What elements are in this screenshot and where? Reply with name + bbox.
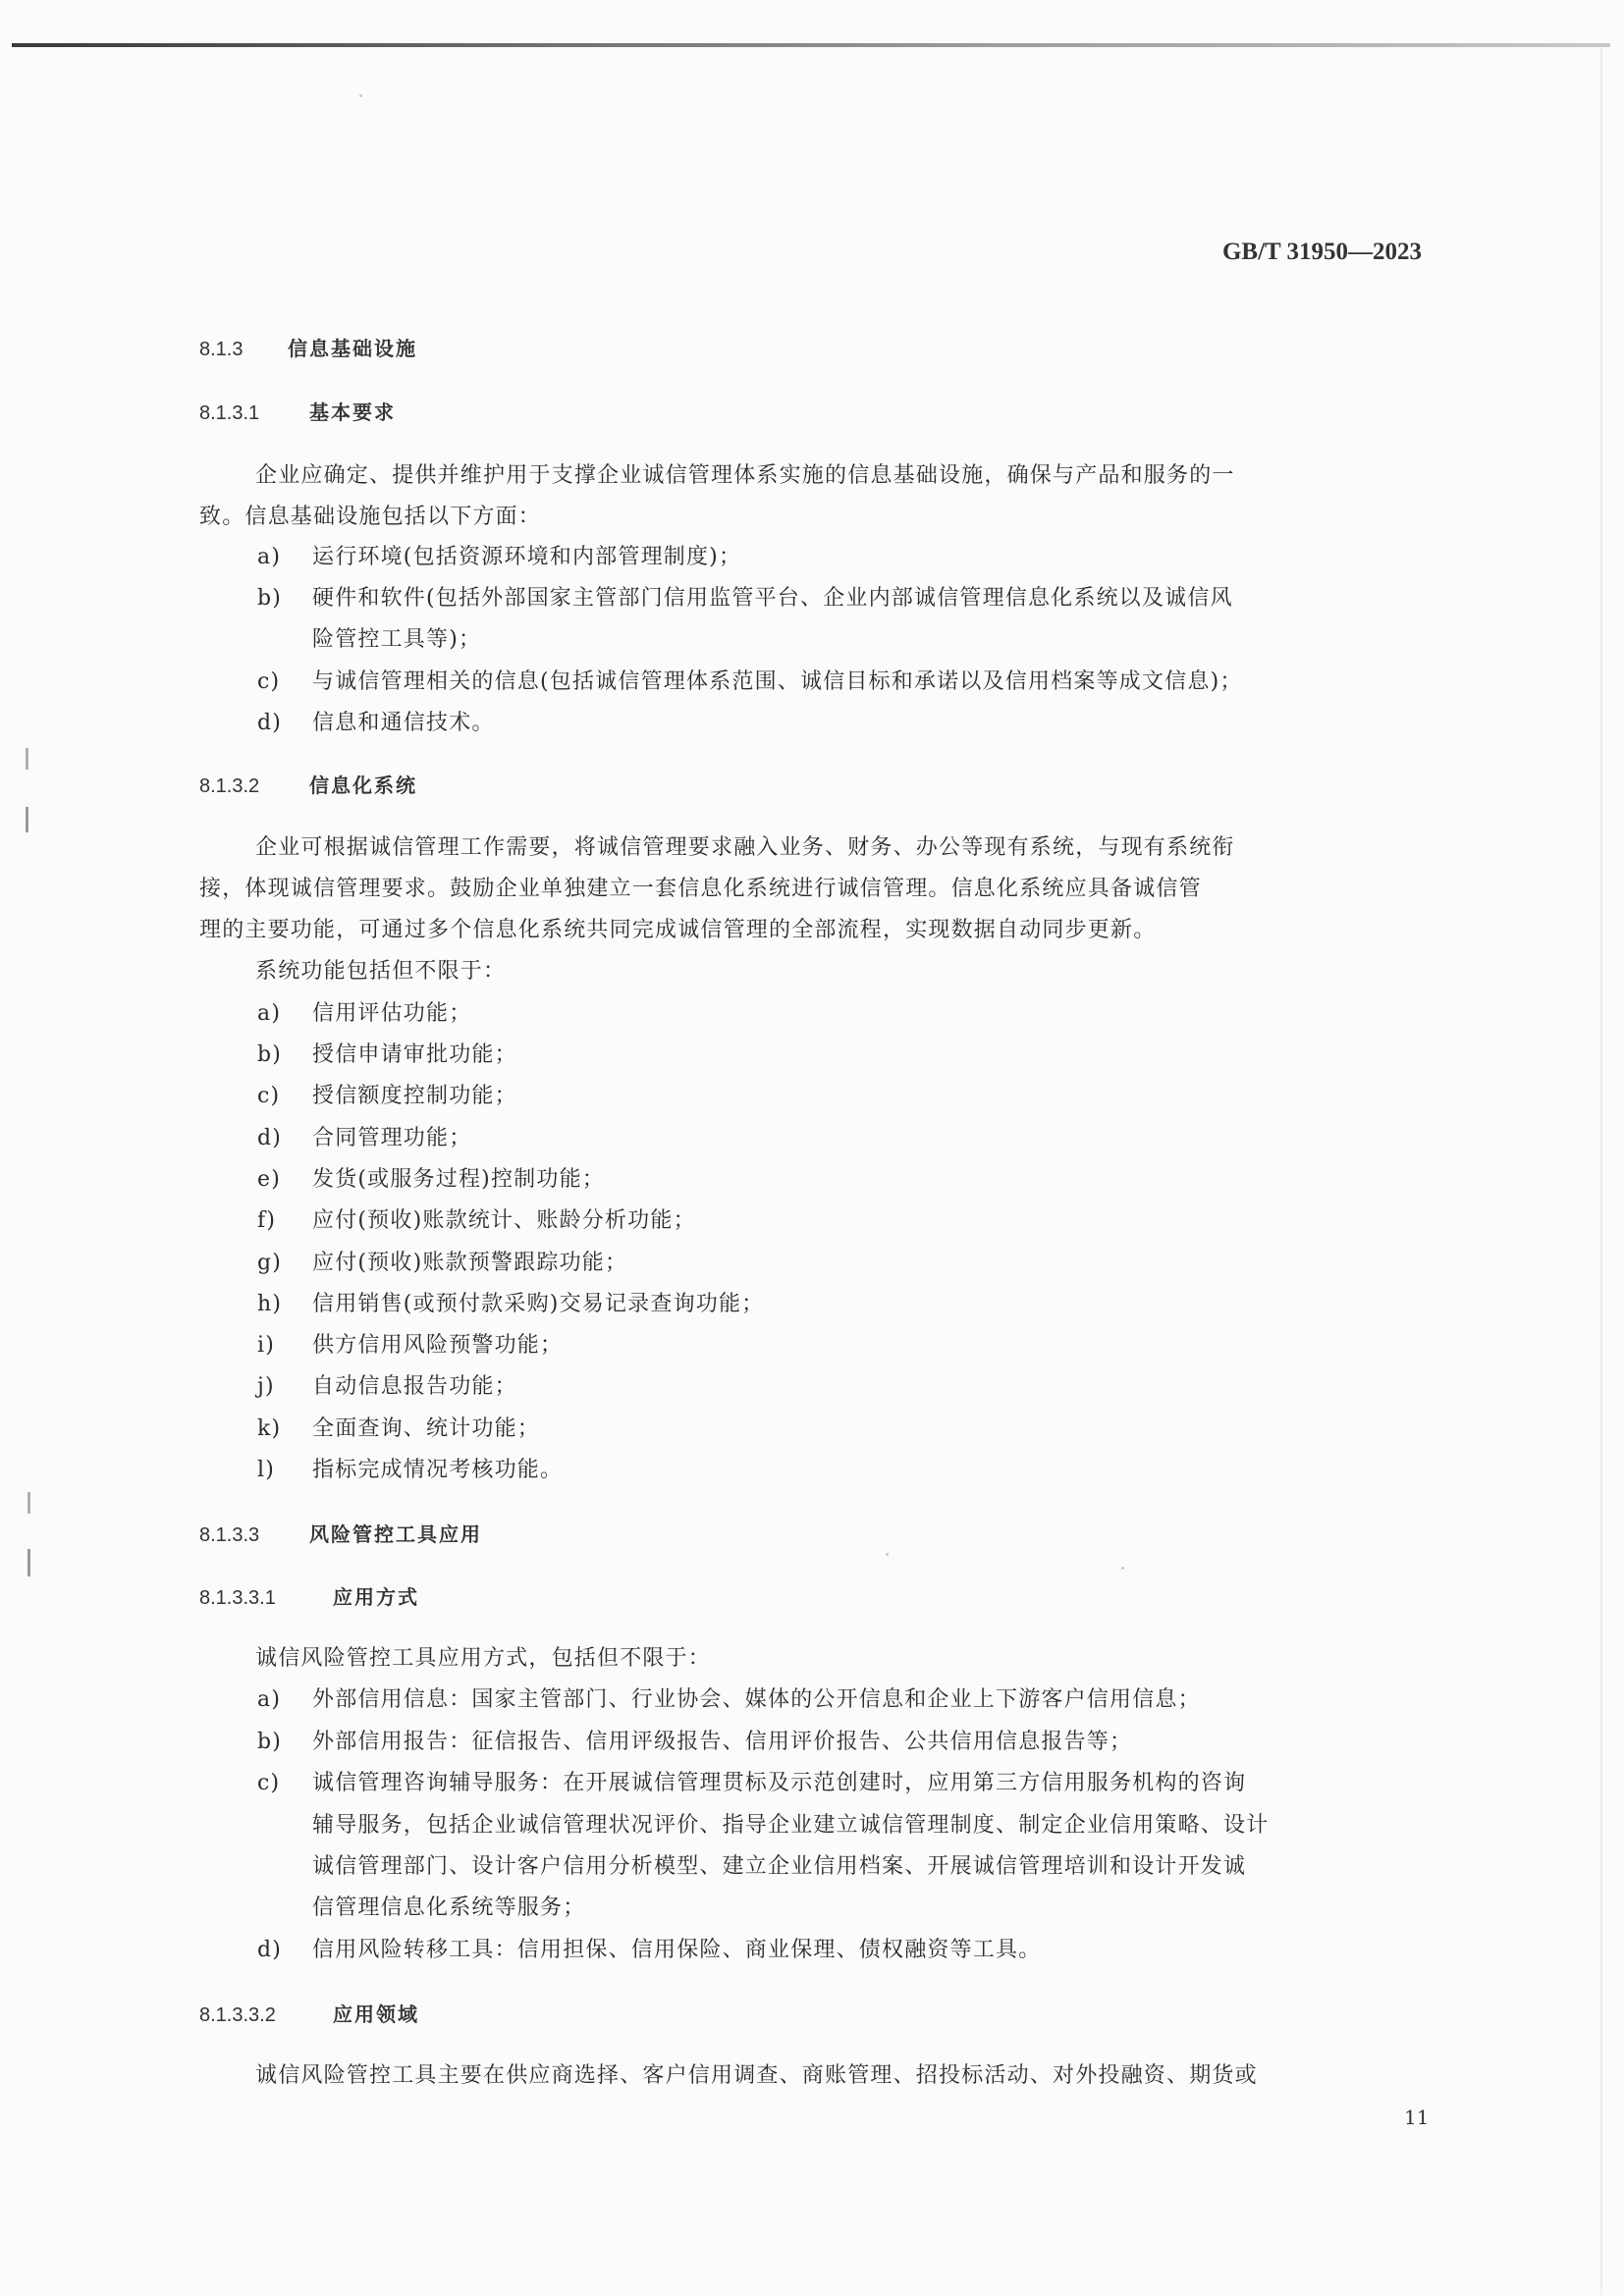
paragraph-line: 接，体现诚信管理要求。鼓励企业单独建立一套信息化系统进行诚信管理。信息化系统应具… <box>199 875 1202 904</box>
paragraph-intro: 诚信风险管控工具应用方式，包括但不限于： <box>255 1644 711 1674</box>
scan-speck <box>359 94 362 97</box>
section-number: 8.1.3.3 <box>199 1522 309 1549</box>
list-item: j)自动信息报告功能； <box>257 1372 517 1402</box>
standard-code-header: GB/T 31950—2023 <box>1222 239 1422 266</box>
list-item: d)合同管理功能； <box>257 1124 471 1153</box>
list-item-continuation: 信管理信息化系统等服务； <box>312 1894 585 1923</box>
section-title: 应用方式 <box>333 1585 419 1609</box>
section-number: 8.1.3.2 <box>199 773 309 800</box>
scan-speck <box>1121 1567 1124 1570</box>
section-number: 8.1.3 <box>199 336 288 363</box>
list-item: a)外部信用信息：国家主管部门、行业协会、媒体的公开信息和企业上下游客户信用信息… <box>257 1685 1201 1715</box>
scan-mark <box>26 748 28 770</box>
list-item: e)发货(或服务过程)控制功能； <box>257 1165 605 1195</box>
list-item: g)应付(预收)账款预警跟踪功能； <box>257 1249 627 1278</box>
paragraph-line: 致。信息基础设施包括以下方面： <box>199 503 541 532</box>
scan-mark <box>27 1549 30 1576</box>
section-number: 8.1.3.3.1 <box>199 1584 333 1612</box>
list-item: l)指标完成情况考核功能。 <box>257 1456 563 1485</box>
scan-mark <box>26 807 28 832</box>
list-item: d)信用风险转移工具：信用担保、信用保险、商业保理、债权融资等工具。 <box>257 1936 1041 1965</box>
section-heading: 8.1.3.3.1应用方式 <box>199 1583 419 1612</box>
paragraph-intro: 系统功能包括但不限于： <box>255 957 506 987</box>
list-item: d)信息和通信技术。 <box>257 709 495 738</box>
paragraph-line: 企业应确定、提供并维护用于支撑企业诚信管理体系实施的信息基础设施，确保与产品和服… <box>255 461 1235 491</box>
paragraph-line: 理的主要功能，可通过多个信息化系统共同完成诚信管理的全部流程，实现数据自动同步更… <box>199 916 1156 945</box>
page-edge-shadow <box>1600 47 1602 2295</box>
scan-speck <box>886 1553 889 1556</box>
list-item: c)授信额度控制功能； <box>257 1082 517 1111</box>
list-item-continuation: 诚信管理部门、设计客户信用分析模型、建立企业信用档案、开展诚信管理培训和设计开发… <box>312 1852 1246 1882</box>
section-number: 8.1.3.1 <box>199 400 309 427</box>
list-item: c)诚信管理咨询辅导服务：在开展诚信管理贯标及示范创建时，应用第三方信用服务机构… <box>257 1769 1246 1798</box>
list-item-continuation: 辅导服务，包括企业诚信管理状况评价、指导企业建立诚信管理制度、制定企业信用策略、… <box>312 1811 1269 1841</box>
list-item: a)信用评估功能； <box>257 999 471 1029</box>
section-title: 信息基础设施 <box>288 337 417 360</box>
list-item: b)授信申请审批功能； <box>257 1041 517 1070</box>
list-item: f)应付(预收)账款统计、账龄分析功能； <box>257 1206 696 1236</box>
list-item: b)外部信用报告：征信报告、信用评级报告、信用评价报告、公共信用信息报告等； <box>257 1728 1132 1757</box>
list-item: h)信用销售(或预付款采购)交易记录查询功能； <box>257 1290 764 1319</box>
list-item: i)供方信用风险预警功能； <box>257 1331 563 1361</box>
section-heading: 8.1.3.3.2应用领域 <box>199 2001 419 2029</box>
section-heading: 8.1.3.1基本要求 <box>199 399 396 427</box>
section-heading: 8.1.3.3风险管控工具应用 <box>199 1521 482 1549</box>
section-title: 风险管控工具应用 <box>309 1522 482 1546</box>
section-heading: 8.1.3信息基础设施 <box>199 335 417 363</box>
section-title: 信息化系统 <box>309 774 417 797</box>
page-number: 11 <box>1404 2106 1429 2129</box>
list-item: k)全面查询、统计功能； <box>257 1415 540 1444</box>
list-item: c)与诚信管理相关的信息(包括诚信管理体系范围、诚信目标和承诺以及信用档案等成文… <box>257 667 1243 697</box>
section-heading: 8.1.3.2信息化系统 <box>199 772 417 800</box>
top-border-rule <box>12 43 1610 47</box>
section-title: 应用领域 <box>333 2002 419 2026</box>
scan-mark <box>27 1492 30 1514</box>
list-item: a)运行环境(包括资源环境和内部管理制度)； <box>257 543 741 572</box>
section-number: 8.1.3.3.2 <box>199 2002 333 2029</box>
list-item: b)硬件和软件(包括外部国家主管部门信用监管平台、企业内部诚信管理信息化系统以及… <box>257 584 1233 614</box>
paragraph-line: 诚信风险管控工具主要在供应商选择、客户信用调查、商账管理、招投标活动、对外投融资… <box>255 2061 1258 2091</box>
list-item-continuation: 险管控工具等)； <box>312 625 481 655</box>
paragraph-line: 企业可根据诚信管理工作需要，将诚信管理要求融入业务、财务、办公等现有系统，与现有… <box>255 833 1235 863</box>
section-title: 基本要求 <box>309 400 396 424</box>
